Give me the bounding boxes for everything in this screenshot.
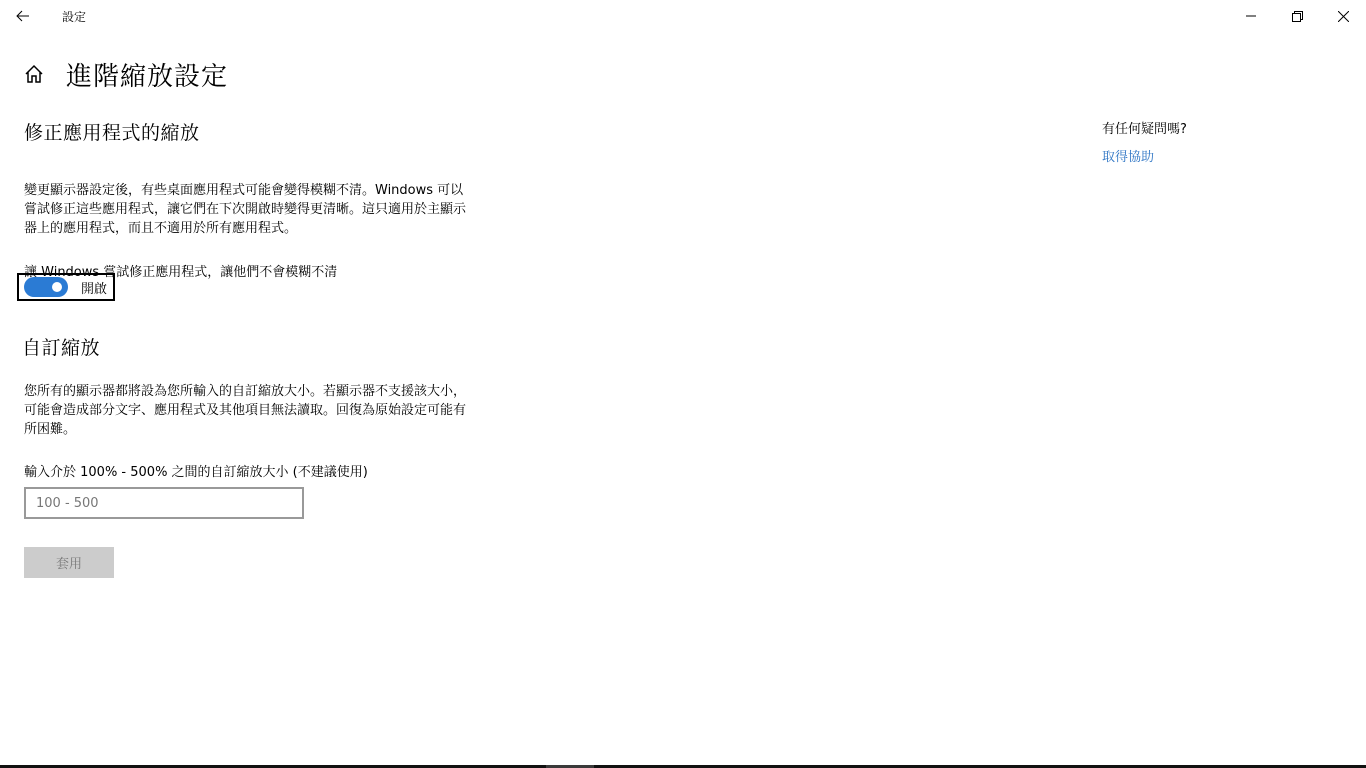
help-title: 有任何疑問嗎? bbox=[1102, 118, 1187, 137]
help-panel: 有任何疑問嗎? 取得協助 bbox=[1102, 118, 1187, 165]
toggle-knob bbox=[52, 282, 62, 292]
close-icon bbox=[1338, 11, 1349, 22]
fix-scaling-description: 變更顯示器設定後，有些桌面應用程式可能會變得模糊不清。Windows 可以嘗試修… bbox=[24, 181, 474, 238]
home-icon bbox=[24, 64, 44, 84]
app-title: 設定 bbox=[62, 8, 86, 25]
restore-button[interactable] bbox=[1274, 0, 1320, 32]
page-title: 進階縮放設定 bbox=[66, 56, 228, 93]
toggle-track[interactable] bbox=[24, 277, 68, 297]
custom-scaling-description: 您所有的顯示器都將設為您所輸入的自訂縮放大小。若顯示器不支援該大小，可能會造成部… bbox=[24, 382, 474, 439]
custom-scale-input[interactable] bbox=[24, 487, 304, 519]
toggle-state-label: 開啟 bbox=[81, 278, 107, 297]
get-help-link[interactable]: 取得協助 bbox=[1102, 146, 1187, 165]
minimize-icon bbox=[1246, 11, 1256, 21]
settings-content: 修正應用程式的縮放 變更顯示器設定後，有些桌面應用程式可能會變得模糊不清。Win… bbox=[24, 118, 484, 280]
restore-icon bbox=[1292, 11, 1303, 22]
apply-button[interactable]: 套用 bbox=[24, 547, 114, 578]
custom-scale-input-label: 輸入介於 100% - 500% 之間的自訂縮放大小 (不建議使用) bbox=[24, 461, 368, 480]
back-button[interactable] bbox=[0, 0, 46, 32]
custom-scaling-section: 自訂縮放 您所有的顯示器都將設為您所輸入的自訂縮放大小。若顯示器不支援該大小，可… bbox=[22, 333, 482, 439]
close-button[interactable] bbox=[1320, 0, 1366, 32]
home-button[interactable] bbox=[22, 62, 46, 86]
section-title-fix-scaling: 修正應用程式的縮放 bbox=[24, 118, 484, 145]
page-header: 進階縮放設定 bbox=[22, 54, 228, 94]
minimize-button[interactable] bbox=[1228, 0, 1274, 32]
title-bar: 設定 bbox=[0, 0, 1366, 32]
section-title-custom-scaling: 自訂縮放 bbox=[22, 333, 482, 360]
back-arrow-icon bbox=[16, 10, 30, 22]
fix-scaling-toggle[interactable]: 開啟 bbox=[17, 273, 115, 301]
